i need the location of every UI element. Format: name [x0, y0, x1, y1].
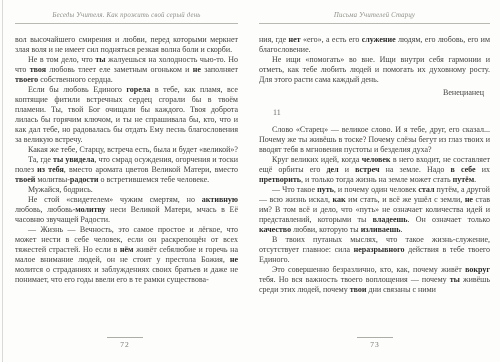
paragraph: — Жизнь — Вечность, это самое простое и …: [15, 225, 238, 285]
paragraph: Если бы любовь Единого горела в тебе, ка…: [15, 85, 238, 145]
left-page: Беседы Учителя. Как прожить свой серый д…: [0, 0, 250, 362]
left-running-header: Беседы Учителя. Как прожить свой серый д…: [15, 12, 238, 24]
paragraph: Мужайся, бодрись.: [15, 185, 238, 195]
left-page-body: вол высочайшего смирения и любви, перед …: [15, 35, 238, 317]
paragraph: Не в том дело, что ты жалуешься на холод…: [15, 55, 238, 85]
paragraph: ния, где нет «его», а есть его служение …: [259, 35, 490, 55]
right-page-body: ния, где нет «его», а есть его служение …: [259, 35, 490, 317]
paragraph: Не ищи «помогать» во вне. Ищи внутри себ…: [259, 55, 490, 85]
paragraph: Какая же тебе, Старцу, встреча есть, был…: [15, 145, 238, 155]
section-number: 11: [273, 108, 490, 118]
right-footer-rule: [357, 337, 393, 338]
paragraph: В твоих путаных мыслях, что такое жизнь-…: [259, 235, 490, 265]
paragraph: Слово «Старец» — великое слово. И я тебе…: [259, 125, 490, 155]
right-page-number: 73: [250, 340, 500, 349]
paragraph: вол высочайшего смирения и любви, перед …: [15, 35, 238, 55]
right-running-header: Письма Учителей Старцу: [259, 12, 490, 24]
left-page-footer: 72: [0, 337, 250, 349]
paragraph: — Что такое путь, и почему один человек …: [259, 185, 490, 235]
signature: Венецианец: [259, 88, 490, 98]
paragraph: Круг великих идей, когда человек в него …: [259, 155, 490, 185]
right-page-footer: 73: [250, 337, 500, 349]
paragraph: Не стой «свидетелем» чужим смертям, но а…: [15, 195, 238, 225]
left-footer-rule: [107, 337, 143, 338]
right-page: Письма Учителей Старцу ния, где нет «его…: [250, 0, 500, 362]
book-spread: Беседы Учителя. Как прожить свой серый д…: [0, 0, 500, 362]
paragraph: Та, где ты увидела, что смрад осуждения,…: [15, 155, 238, 185]
paragraph: Это совершенно безразлично, кто, как, по…: [259, 265, 490, 295]
left-page-number: 72: [0, 340, 250, 349]
